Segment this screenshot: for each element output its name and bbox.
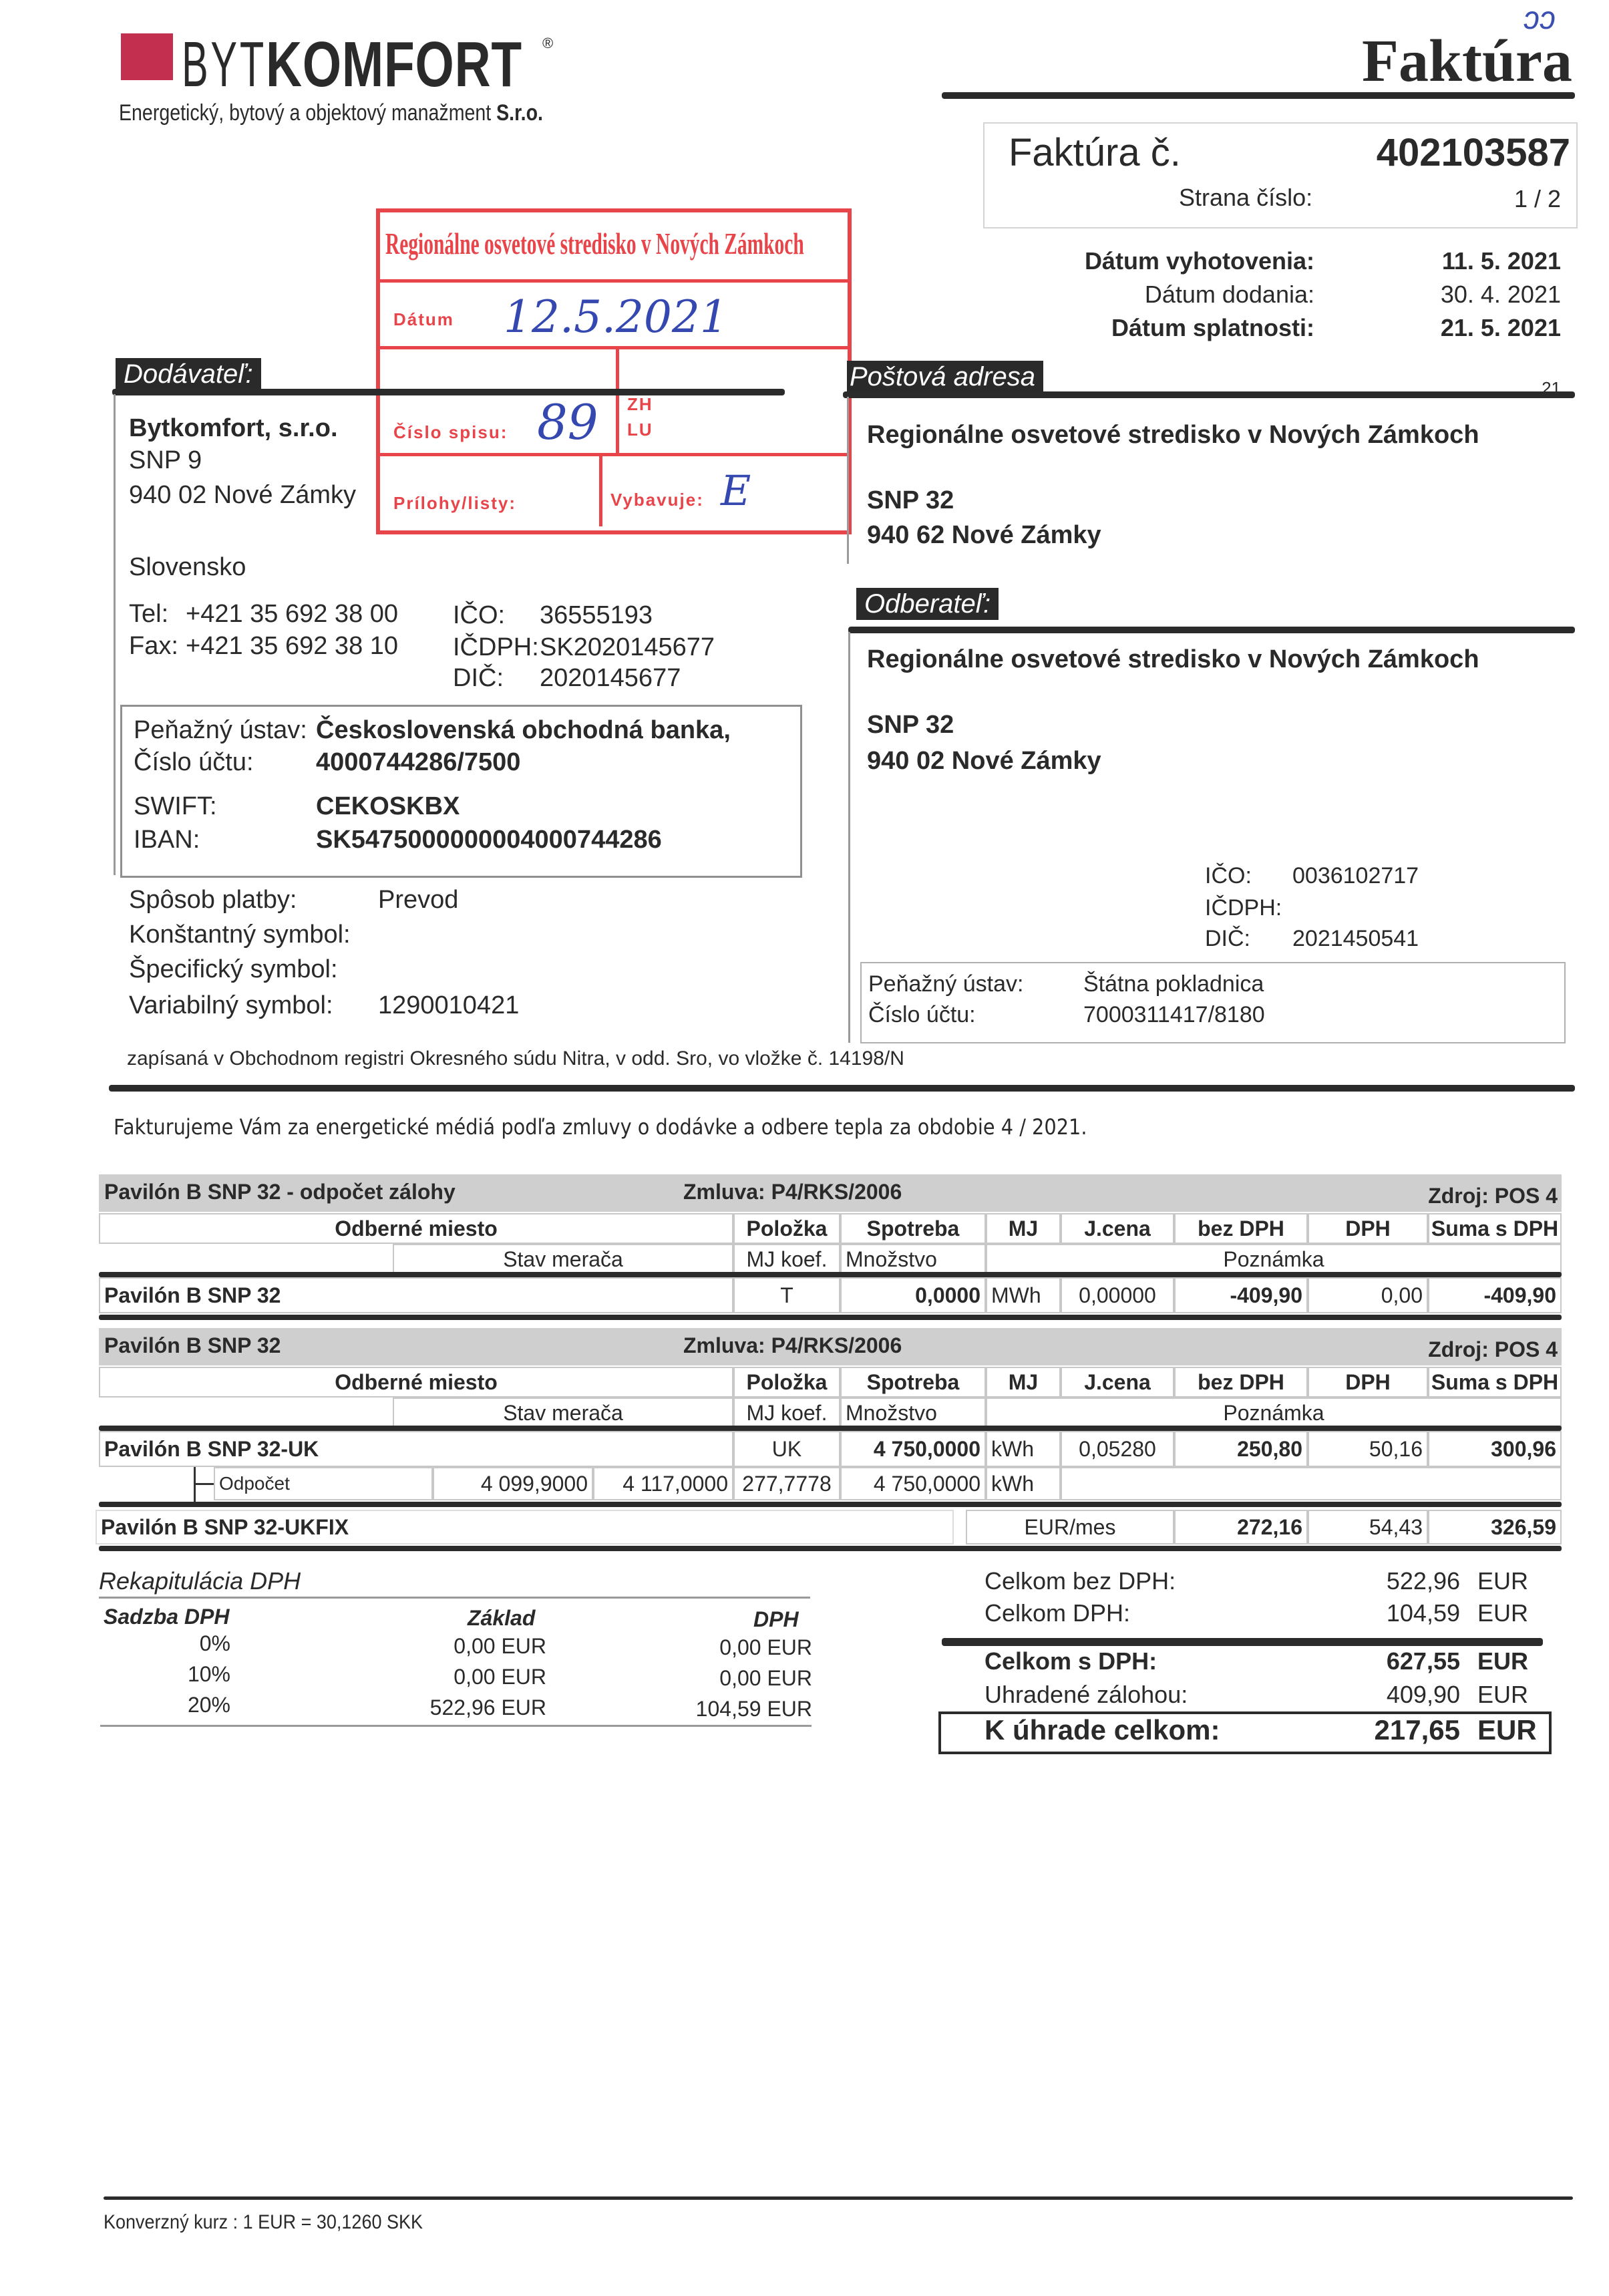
row-vat: 50,16 bbox=[1308, 1431, 1428, 1467]
customer-city: 940 02 Nové Zámky bbox=[867, 747, 1101, 776]
stamp-date-value: 12.5.2021 bbox=[504, 291, 728, 343]
row-unit: MWh bbox=[986, 1277, 1061, 1313]
row-net: 250,80 bbox=[1174, 1431, 1308, 1467]
invoice-label: Faktúra č. bbox=[1009, 130, 1181, 175]
supplier-account: 4000744286/7500 bbox=[316, 748, 520, 777]
customer-account: 7000311417/8180 bbox=[1083, 1002, 1265, 1028]
total-gross-value: 627,55 bbox=[1387, 1647, 1460, 1675]
stamp-date-label: Dátum bbox=[393, 309, 454, 330]
variable-symbol-label: Variabilný symbol: bbox=[129, 991, 333, 1020]
vat-rate: 0% bbox=[200, 1631, 230, 1656]
logo-tagline: Energetický, bytový a objektový manažmen… bbox=[119, 100, 543, 126]
customer-street: SNP 32 bbox=[867, 711, 954, 740]
registry-note: zapísaná v Obchodnom registri Okresného … bbox=[127, 1047, 904, 1070]
stamp-handler-value: E bbox=[721, 466, 751, 515]
supplier-country: Slovensko bbox=[129, 553, 246, 582]
date-label: Dátum vyhotovenia: bbox=[1085, 247, 1314, 275]
variable-symbol: 1290010421 bbox=[378, 991, 519, 1020]
section-contract: Zmluva: P4/RKS/2006 bbox=[683, 1180, 902, 1204]
title-rule bbox=[942, 92, 1575, 99]
subrow-meter-to: 4 117,0000 bbox=[593, 1467, 733, 1500]
invoice-number: 402103587 bbox=[1377, 130, 1570, 175]
received-stamp: Regionálne osvetové stredisko v Nových Z… bbox=[376, 208, 852, 534]
subrow-note bbox=[1061, 1467, 1562, 1500]
supplier-bank: Československá obchodná banka, bbox=[316, 716, 731, 745]
date-value: 30. 4. 2021 bbox=[1441, 281, 1561, 309]
col-header-vat: DPH bbox=[1308, 1367, 1428, 1398]
row-gross: -409,90 bbox=[1428, 1277, 1562, 1313]
col-header-vat: DPH bbox=[1308, 1213, 1428, 1244]
tree-connector-vertical bbox=[194, 1467, 196, 1504]
tree-connector-horizontal bbox=[194, 1483, 214, 1485]
col-header-unit-price: J.cena bbox=[1061, 1213, 1174, 1244]
col-header-consumption: Spotreba bbox=[840, 1367, 986, 1398]
customer-icdph-label: IČDPH: bbox=[1205, 895, 1282, 921]
total-paid-value: 409,90 bbox=[1387, 1681, 1460, 1709]
postal-section-label: Poštová adresa bbox=[847, 361, 1043, 393]
footer-rule bbox=[104, 2196, 1573, 2200]
total-paid-label: Uhradené zálohou: bbox=[985, 1681, 1188, 1709]
page-number: 1 / 2 bbox=[1514, 185, 1561, 213]
row-unit-price: 0,00000 bbox=[1061, 1277, 1174, 1313]
col-header-place: Odberné miesto bbox=[99, 1213, 733, 1244]
subrow-quantity: 4 750,0000 bbox=[840, 1467, 986, 1500]
header-divider bbox=[99, 1426, 1562, 1431]
supplier-dic: 2020145677 bbox=[540, 664, 681, 693]
total-net-value: 522,96 bbox=[1387, 1567, 1460, 1595]
invoice-intro: Fakturujeme Vám za energetické médiá pod… bbox=[114, 1114, 1087, 1140]
supplier-bottom-rule bbox=[109, 1085, 1575, 1092]
fixed-row-net: 272,16 bbox=[1174, 1510, 1308, 1544]
vat-base: 522,96 EUR bbox=[430, 1695, 546, 1720]
col-header-gross: Suma s DPH bbox=[1428, 1213, 1562, 1244]
vat-amount: 0,00 EUR bbox=[719, 1635, 812, 1660]
total-vat-value: 104,59 bbox=[1387, 1599, 1460, 1627]
logo-mark bbox=[121, 33, 173, 80]
section-source: Zdroj: POS 4 bbox=[1428, 1184, 1558, 1208]
row-item: T bbox=[733, 1277, 840, 1313]
col-header-note: Poznámka bbox=[986, 1244, 1562, 1275]
col-header-quantity: Množstvo bbox=[840, 1398, 986, 1428]
amount-due-box bbox=[938, 1711, 1552, 1754]
col-header-item: Položka bbox=[733, 1367, 840, 1398]
row-item: UK bbox=[733, 1431, 840, 1467]
date-label: Dátum dodania: bbox=[1145, 281, 1314, 309]
row-gross: 300,96 bbox=[1428, 1431, 1562, 1467]
col-header-net: bez DPH bbox=[1174, 1367, 1308, 1398]
total-gross-label: Celkom s DPH: bbox=[985, 1647, 1157, 1675]
total-net-label: Celkom bez DPH: bbox=[985, 1567, 1176, 1595]
conversion-rate: Konverzný kurz : 1 EUR = 30,1260 SKK bbox=[104, 2211, 423, 2234]
col-header-unit-price: J.cena bbox=[1061, 1367, 1174, 1398]
supplier-rule bbox=[112, 389, 785, 395]
customer-bank: Štátna pokladnica bbox=[1083, 971, 1264, 997]
supplier-iban: SK5475000000004000744286 bbox=[316, 826, 662, 854]
row-consumption: 0,0000 bbox=[840, 1277, 986, 1313]
supplier-icdph: SK2020145677 bbox=[540, 633, 715, 662]
postal-street: SNP 32 bbox=[867, 486, 954, 515]
col-header-meter: Stav merača bbox=[393, 1244, 733, 1275]
subrow-coef: 277,7778 bbox=[733, 1467, 840, 1500]
supplier-account-label: Číslo účtu: bbox=[134, 748, 254, 777]
stamp-handler-label: Vybavuje: bbox=[610, 490, 704, 510]
section-title: Pavilón B SNP 32 - odpočet zálohy bbox=[104, 1180, 456, 1204]
customer-name: Regionálne osvetové stredisko v Nových Z… bbox=[867, 645, 1479, 674]
fixed-row-gross: 326,59 bbox=[1428, 1510, 1562, 1544]
stamp-attachments-label: Prílohy/listy: bbox=[393, 493, 516, 514]
col-header-net: bez DPH bbox=[1174, 1213, 1308, 1244]
total-gross-currency: EUR bbox=[1477, 1647, 1528, 1675]
postal-rule bbox=[843, 391, 1575, 398]
col-header-place: Odberné miesto bbox=[99, 1367, 733, 1398]
section-header: Pavilón B SNP 32Zmluva: P4/RKS/2006Zdroj… bbox=[99, 1328, 1562, 1365]
col-header-unit: MJ bbox=[986, 1213, 1061, 1244]
stamp-zh: ZH bbox=[627, 394, 653, 415]
stamp-title: Regionálne osvetové stredisko v Nových Z… bbox=[385, 226, 804, 261]
vat-recap-header-base: Základ bbox=[468, 1606, 535, 1631]
vat-base: 0,00 EUR bbox=[454, 1634, 546, 1659]
stamp-file-label: Číslo spisu: bbox=[393, 422, 508, 443]
customer-dic-label: DIČ: bbox=[1205, 926, 1250, 952]
col-header-quantity: Množstvo bbox=[840, 1244, 986, 1275]
row-vat: 0,00 bbox=[1308, 1277, 1428, 1313]
section-header: Pavilón B SNP 32 - odpočet zálohyZmluva:… bbox=[99, 1174, 1562, 1212]
supplier-name: Bytkomfort, s.r.o. bbox=[129, 414, 338, 443]
section-source: Zdroj: POS 4 bbox=[1428, 1337, 1558, 1362]
customer-account-label: Číslo účtu: bbox=[868, 1002, 976, 1028]
supplier-section-label: Dodávateľ: bbox=[116, 358, 261, 390]
date-value: 11. 5. 2021 bbox=[1442, 247, 1561, 275]
supplier-iban-label: IBAN: bbox=[134, 826, 200, 854]
col-header-consumption: Spotreba bbox=[840, 1213, 986, 1244]
vat-amount: 104,59 EUR bbox=[696, 1697, 812, 1721]
postal-name: Regionálne osvetové stredisko v Nových Z… bbox=[867, 421, 1479, 450]
total-net-currency: EUR bbox=[1477, 1567, 1528, 1595]
supplier-swift: CEKOSKBX bbox=[316, 792, 460, 821]
row-net: -409,90 bbox=[1174, 1277, 1308, 1313]
supplier-fax-label: Fax: bbox=[129, 632, 178, 661]
page-label: Strana číslo: bbox=[1179, 184, 1312, 212]
supplier-dic-label: DIČ: bbox=[453, 664, 504, 693]
customer-section-label: Odberateľ: bbox=[856, 588, 999, 620]
customer-bank-label: Peňažný ústav: bbox=[868, 971, 1023, 997]
col-header-coef: MJ koef. bbox=[733, 1398, 840, 1428]
totals-rule bbox=[942, 1638, 1543, 1646]
row-place: Pavilón B SNP 32-UK bbox=[99, 1431, 733, 1467]
customer-dic: 2021450541 bbox=[1292, 926, 1419, 952]
section-title: Pavilón B SNP 32 bbox=[104, 1333, 281, 1358]
total-paid-currency: EUR bbox=[1477, 1681, 1528, 1709]
fixed-row-unit: EUR/mes bbox=[966, 1510, 1174, 1544]
supplier-tel: +421 35 692 38 00 bbox=[186, 600, 398, 629]
total-vat-label: Celkom DPH: bbox=[985, 1599, 1130, 1627]
stamp-file-value: 89 bbox=[537, 394, 598, 450]
col-header-item: Položka bbox=[733, 1213, 840, 1244]
customer-rule bbox=[848, 627, 1575, 633]
vat-amount: 0,00 EUR bbox=[719, 1666, 812, 1691]
customer-ico-label: IČO: bbox=[1205, 863, 1252, 889]
vat-recap-header-vat: DPH bbox=[753, 1607, 799, 1632]
logo-brand-bold: KOMFORT bbox=[266, 28, 522, 102]
customer-ico: 0036102717 bbox=[1292, 863, 1419, 889]
col-header-note: Poznámka bbox=[986, 1398, 1562, 1428]
vat-rate: 20% bbox=[188, 1693, 230, 1717]
logo-brand-light: BYT bbox=[182, 28, 266, 102]
row-consumption: 4 750,0000 bbox=[840, 1431, 986, 1467]
col-header-unit: MJ bbox=[986, 1367, 1061, 1398]
vat-recap-header-rate: Sadzba DPH bbox=[104, 1605, 229, 1629]
row-unit-price: 0,05280 bbox=[1061, 1431, 1174, 1467]
row-unit: kWh bbox=[986, 1431, 1061, 1467]
vat-rate: 10% bbox=[188, 1662, 230, 1687]
supplier-ico: 36555193 bbox=[540, 601, 653, 630]
date-label: Dátum splatnosti: bbox=[1111, 314, 1314, 342]
payment-method: Prevod bbox=[378, 886, 458, 915]
supplier-fax: +421 35 692 38 10 bbox=[186, 632, 398, 661]
supplier-street: SNP 9 bbox=[129, 446, 202, 475]
fixed-row-place: Pavilón B SNP 32-UKFIX bbox=[96, 1510, 954, 1544]
section-divider bbox=[99, 1315, 1562, 1320]
total-vat-currency: EUR bbox=[1477, 1599, 1528, 1627]
supplier-bank-label: Peňažný ústav: bbox=[134, 716, 307, 745]
row-place: Pavilón B SNP 32 bbox=[99, 1277, 733, 1313]
supplier-ico-label: IČO: bbox=[453, 601, 505, 630]
fixed-row-vat: 54,43 bbox=[1308, 1510, 1428, 1544]
subrow-unit: kWh bbox=[986, 1467, 1061, 1500]
col-header-gross: Suma s DPH bbox=[1428, 1367, 1562, 1398]
vat-recap-title: Rekapitulácia DPH bbox=[99, 1567, 301, 1595]
date-value: 21. 5. 2021 bbox=[1441, 314, 1561, 342]
postal-city: 940 62 Nové Zámky bbox=[867, 521, 1101, 550]
supplier-icdph-label: IČDPH: bbox=[453, 633, 539, 662]
table-bottom-divider bbox=[99, 1546, 1562, 1551]
constant-symbol-label: Konštantný symbol: bbox=[129, 921, 351, 949]
vat-base: 0,00 EUR bbox=[454, 1665, 546, 1689]
supplier-city: 940 02 Nové Zámky bbox=[129, 481, 356, 510]
row-divider bbox=[99, 1502, 1562, 1507]
col-header-meter: Stav merača bbox=[393, 1398, 733, 1428]
payment-method-label: Spôsob platby: bbox=[129, 886, 297, 915]
col-header-coef: MJ koef. bbox=[733, 1244, 840, 1275]
header-divider bbox=[99, 1272, 1562, 1277]
subrow-meter-from: 4 099,9000 bbox=[433, 1467, 593, 1500]
specific-symbol-label: Špecifický symbol: bbox=[129, 955, 338, 984]
stamp-lu: LU bbox=[627, 420, 653, 440]
document-title: Faktúra bbox=[1362, 27, 1572, 96]
supplier-swift-label: SWIFT: bbox=[134, 792, 217, 821]
section-contract: Zmluva: P4/RKS/2006 bbox=[683, 1333, 902, 1358]
supplier-tel-label: Tel: bbox=[129, 600, 168, 629]
subrow-label: Odpočet bbox=[214, 1467, 433, 1500]
registered-mark: ® bbox=[542, 35, 553, 52]
